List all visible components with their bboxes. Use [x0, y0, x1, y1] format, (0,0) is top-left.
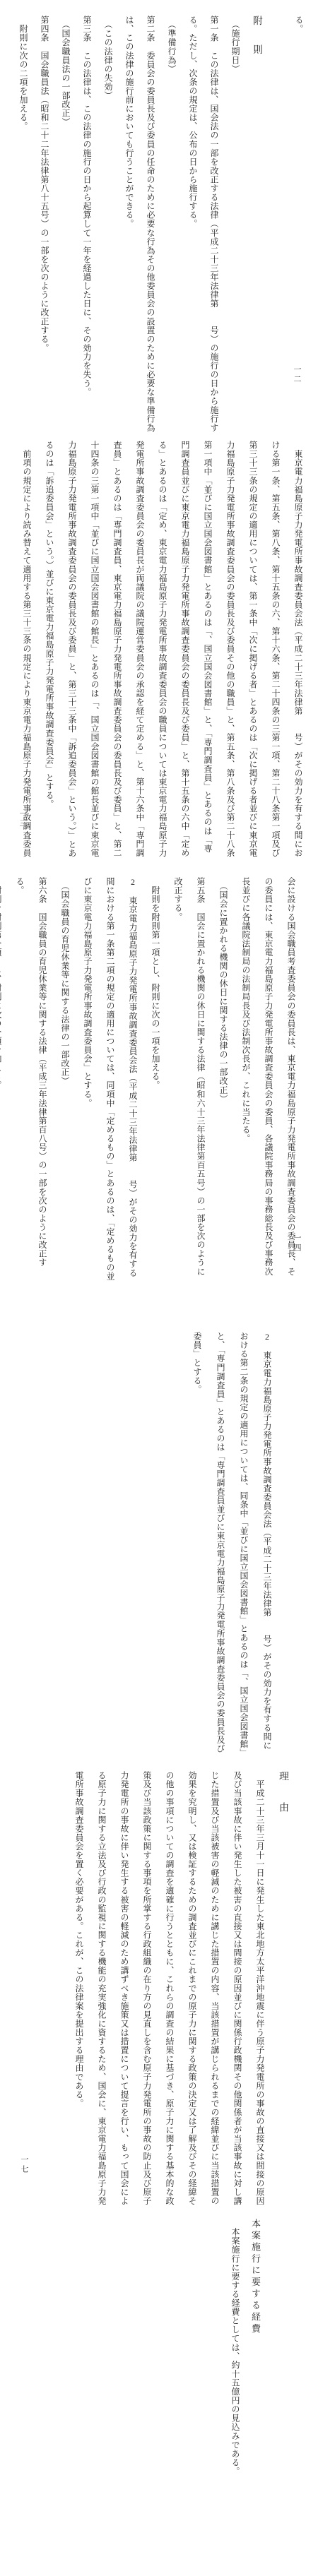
bill-document-scan: る。 附 則 （施行期日） 第一条 この法律は、国会法の一部を改正する法律（平成… [0, 0, 318, 2576]
article-6-childcare-leave-law-amendment: 第六条 国会職員の育児休業等に関する法律（平成三年法律第百八号）の一部を次のよう… [8, 877, 54, 1284]
heading-childcare-leave-law-amendment: （国会職員の育児休業等に関する法律の一部改正） [54, 877, 76, 1284]
article-6-quoted-paragraph-2: 2 東京電力福島原子力発電所事故調査委員会法（平成二十三年法律第 号）がその効力… [185, 1332, 278, 1755]
added-paragraph-examination-committee-end: 会に設ける国会職員考査委員会の委員長は、東京電力福島原子力発電所事故調査委員会の… [235, 877, 302, 1284]
article-4-add-two-paragraphs: 附則に次の二項を加える。 [13, 16, 34, 439]
page-17-reasons: 理 由 平成二十三年三月十一日に発生した東北地方太平洋沖地震に伴う原子力発電所の… [78, 1771, 294, 2206]
expenses-heading: 本案施行に要する経費 [245, 2219, 266, 2501]
article-4-diet-staff-law-amendment: 第四条 国会職員法（昭和二十二年法律第八十五号）の一部を次のように改正する。 [34, 16, 55, 439]
heading-preparatory-acts: （準備行為） [161, 16, 182, 439]
page-number-12: 一二 [291, 365, 302, 385]
supplementary-provisions-heading: 附 則 [246, 16, 267, 439]
article-5-add-paragraph: 附則を附則第一項とし、附則に次の一項を加える。 [144, 877, 167, 1284]
added-paragraph-examination-committee-start: 前項の規定により読み替えて適用する第三十三条の規定により東京電力福島原子力発電所… [16, 441, 38, 859]
page-12-supplementary-provisions: る。 附 則 （施行期日） 第一条 この法律は、国会法の一部を改正する法律（平成… [14, 16, 310, 439]
page-number-17: 一七 [18, 2155, 30, 2175]
page-13-added-provisions: 東京電力福島原子力発電所事故調査委員会法（平成二十三年法律第 号）がその効力を有… [11, 441, 310, 859]
page-15-quoted-paragraph: 2 東京電力福島原子力発電所事故調査委員会法（平成二十三年法律第 号）がその効力… [151, 1332, 278, 1755]
reasons-heading: 理 由 [271, 1771, 294, 2206]
article-2-preparatory-acts: 第二条 委員会の委員長及び委員の任命のために必要な行為その他委員会の設置のために… [119, 16, 161, 439]
article-5-quoted-paragraph-2: 2 東京電力福島原子力発電所事故調査委員会法（平成二十三年法律第 号）がその効力… [76, 877, 144, 1284]
article-3-expiration: 第三条 この法律は、この法律の施行の日から起算して一年を経過した日に、その効力を… [76, 16, 98, 439]
article-5-holiday-law-amendment: 第五条 国会に置かれる機関の休日に関する法律（昭和六十三年法律第百五号）の一部を… [167, 877, 212, 1284]
heading-diet-staff-law-amendment: （国会職員法の一部改正） [55, 16, 76, 439]
article-1-effective-date: 第一条 この法律は、国会法の一部を改正する法律（平成二十三年法律第 号）の施行の… [182, 16, 225, 439]
expenses-section: 本案施行に要する経費 本案施行に要する経費としては、約十五億円の見込みである。 [218, 2219, 266, 2501]
heading-effective-date: （施行期日） [225, 16, 246, 439]
added-paragraph-reading-replacements: 東京電力福島原子力発電所事故調査委員会法（平成二十三年法律第 号）がその効力を有… [38, 441, 310, 859]
reasons-body: 平成二十三年三月十一日に発生した東北地方太平洋沖地震に伴う原子力発電所の事故の直… [68, 1771, 271, 2206]
heading-holiday-law-amendment: （国会に置かれる機関の休日に関する法律の一部改正） [212, 877, 235, 1284]
page-14-articles-5-6: 会に設ける国会職員考査委員会の委員長は、東京電力福島原子力発電所事故調査委員会の… [13, 877, 302, 1284]
expenses-body: 本案施行に要する経費としては、約十五億円の見込みである。 [225, 2219, 245, 2501]
page-number-13: 一三 [17, 809, 28, 829]
article-6-add-paragraph: 附則を附則第一項とし、附則に次の一項を加える。 [0, 877, 8, 1284]
heading-expiration: （この法律の失効） [98, 16, 119, 439]
page-number-14: 一四 [291, 1234, 302, 1253]
